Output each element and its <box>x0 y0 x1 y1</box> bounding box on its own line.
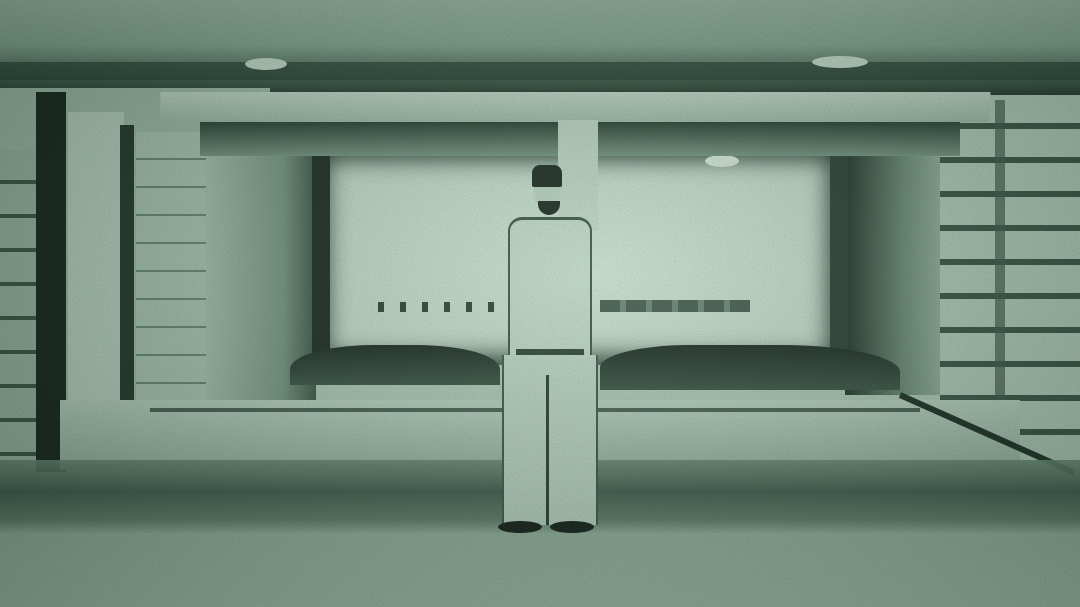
distant-railing <box>600 300 750 312</box>
back-ledge <box>290 345 500 385</box>
photo-scene <box>0 0 1080 607</box>
left-panel <box>68 112 124 442</box>
right-wall <box>940 95 1080 435</box>
person-hair <box>532 165 562 187</box>
roof-slab <box>159 92 990 122</box>
person-legs <box>502 355 598 525</box>
back-ledge <box>600 345 900 390</box>
shoe-icon <box>498 521 542 533</box>
ceiling-light-icon <box>812 56 868 68</box>
distant-railing <box>378 302 508 312</box>
lamp-icon <box>705 155 739 167</box>
person-torso <box>508 217 592 362</box>
ceiling-beam <box>0 62 1080 80</box>
person-leg-gap <box>546 375 549 525</box>
left-edge-panel <box>0 150 36 470</box>
person-belt <box>516 349 584 355</box>
opening-post <box>312 148 330 363</box>
person-beard <box>538 201 560 215</box>
opening-post <box>830 150 848 365</box>
shoe-icon <box>550 521 594 533</box>
left-post <box>120 125 134 435</box>
ceiling <box>0 0 1080 100</box>
foreground-floor <box>0 535 1080 607</box>
right-wall-divider <box>995 100 1005 400</box>
left-shutter-panel <box>136 132 206 422</box>
standing-man <box>498 165 608 537</box>
ceiling-light-icon <box>245 58 287 70</box>
